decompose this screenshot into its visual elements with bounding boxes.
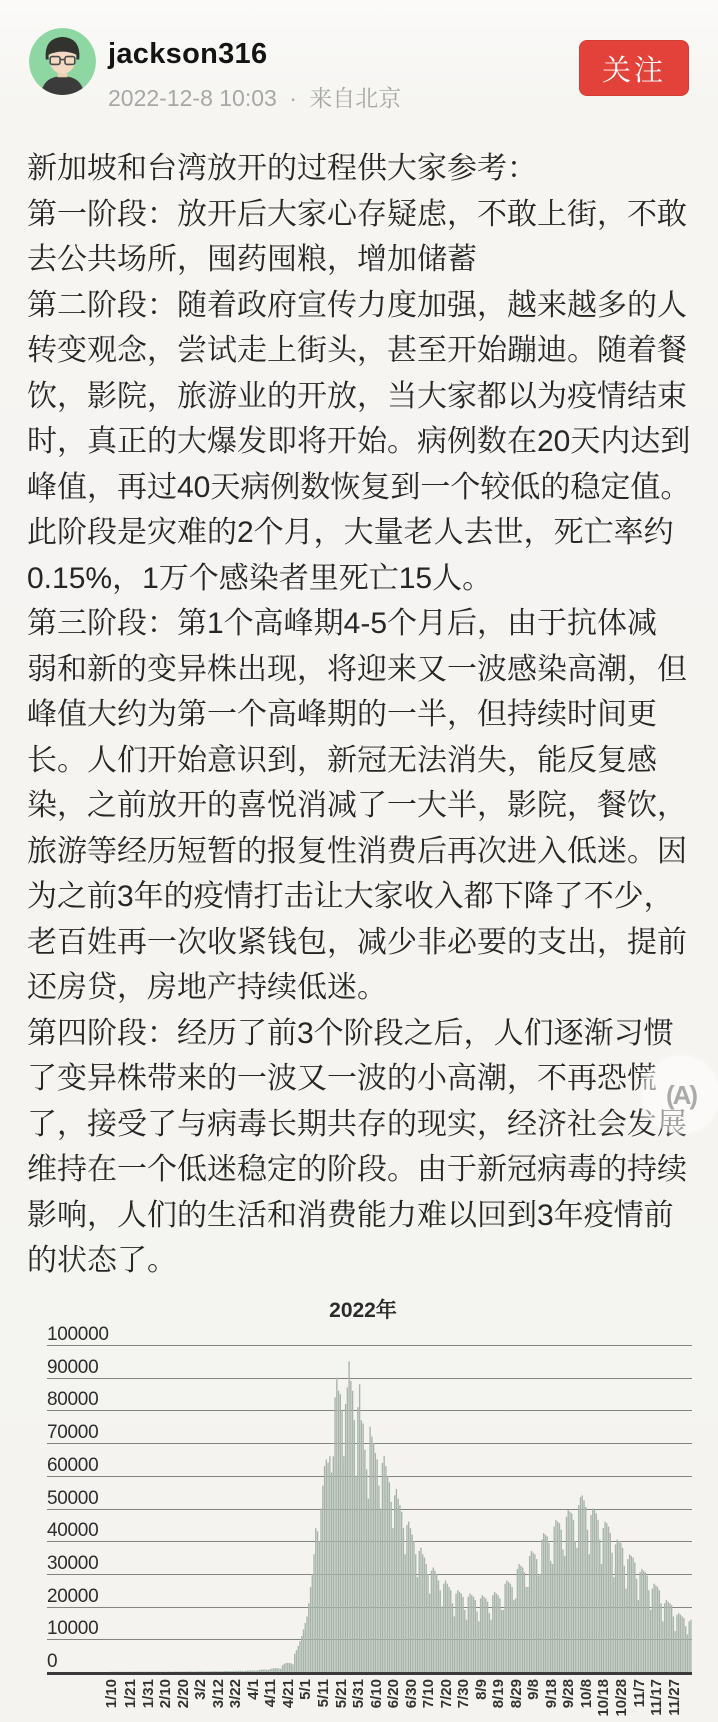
x-tick-label: 2/20 <box>176 1679 191 1708</box>
x-tick-label: 3/12 <box>211 1679 226 1708</box>
post-text-line: 第二阶段：随着政府宣传力度加强，越来越多的人 <box>27 283 695 329</box>
meta-separator: · <box>289 85 297 111</box>
post-text-line: 峰值，再过40天病例数恢复到一个较低的稳定值。 <box>27 465 695 511</box>
y-tick-label: 0 <box>47 1651 57 1673</box>
y-tick-label: 80000 <box>47 1389 98 1411</box>
x-tick-label: 8/9 <box>474 1679 489 1700</box>
avatar[interactable] <box>29 28 96 95</box>
chart-title: 2022年 <box>33 1294 693 1324</box>
post-text-line: 新加坡和台湾放开的过程供大家参考： <box>27 146 695 192</box>
x-tick-label: 6/20 <box>386 1679 401 1708</box>
post-header: jackson316 2022-12-8 10:03 · 来自北京 关注 <box>0 0 718 120</box>
y-tick-label: 60000 <box>47 1455 98 1477</box>
x-tick-label: 1/31 <box>141 1679 156 1708</box>
y-tick-label: 70000 <box>47 1422 98 1444</box>
post-text-line: 还房贷，房地产持续低迷。 <box>27 965 695 1011</box>
post-text-line: 了，接受了与病毒长期共存的现实，经济社会发展 <box>27 1102 695 1148</box>
x-tick-label: 5/1 <box>298 1679 313 1700</box>
post-text-line: 第一阶段：放开后大家心存疑虑，不敢上街，不敢 <box>27 192 695 238</box>
post-text-line: 影响，人们的生活和消费能力难以回到3年疫情前 <box>27 1193 695 1239</box>
x-tick-label: 11/7 <box>632 1679 647 1707</box>
x-tick-label: 1/21 <box>123 1679 138 1708</box>
location: 来自北京 <box>309 85 401 111</box>
post-text-line: 旅游等经历短暂的报复性消费后再次进入低迷。因 <box>27 829 695 875</box>
x-tick-label: 5/11 <box>316 1679 331 1707</box>
x-tick-label: 9/28 <box>561 1679 576 1708</box>
post-text-line: 峰值大约为第一个高峰期的一半，但持续时间更 <box>27 692 695 738</box>
y-tick-label: 90000 <box>47 1357 98 1379</box>
x-tick-label: 3/22 <box>228 1679 243 1708</box>
post-text-line: 弱和新的变异株出现，将迎来又一波感染高潮，但 <box>27 647 695 693</box>
avatar-cartoon-icon <box>29 28 96 95</box>
x-tick-label: 6/30 <box>404 1679 419 1708</box>
watermark-badge: (A) <box>642 1056 718 1134</box>
username[interactable]: jackson316 <box>108 38 267 71</box>
x-tick-label: 2/10 <box>158 1679 173 1708</box>
post-text-line: 转变观念，尝试走上街头，甚至开始蹦迪。随着餐 <box>27 328 695 374</box>
bar-series <box>110 1345 692 1672</box>
x-tick-label: 11/17 <box>649 1679 664 1716</box>
x-tick-label: 10/18 <box>596 1679 611 1717</box>
post-text-line: 0.15%，1万个感染者里死亡15人。 <box>27 556 695 602</box>
x-tick-label: 1/10 <box>104 1679 119 1708</box>
x-axis-line <box>47 1672 692 1675</box>
x-tick-label: 10/28 <box>614 1679 629 1717</box>
post-text-line: 第四阶段：经历了前3个阶段之后，人们逐渐习惯 <box>27 1011 695 1057</box>
post-text-line: 第三阶段：第1个高峰期4-5个月后，由于抗体减 <box>27 601 695 647</box>
x-tick-label: 7/30 <box>456 1679 471 1708</box>
post-text-line: 维持在一个低迷稳定的阶段。由于新冠病毒的持续 <box>27 1147 695 1193</box>
post-text-line: 时，真正的大爆发即将开始。病例数在20天内达到 <box>27 419 695 465</box>
x-tick-label: 9/8 <box>526 1679 541 1700</box>
y-tick-label: 40000 <box>47 1520 98 1542</box>
y-tick-label: 100000 <box>47 1324 109 1346</box>
x-tick-label: 8/29 <box>509 1679 524 1708</box>
post-text-line: 了变异株带来的一波又一波的小高潮，不再恐慌 <box>27 1056 695 1102</box>
x-tick-label: 8/19 <box>491 1679 506 1708</box>
x-tick-label: 5/21 <box>334 1679 349 1708</box>
y-tick-label: 10000 <box>47 1618 98 1640</box>
x-tick-label: 6/10 <box>369 1679 384 1708</box>
y-tick-label: 30000 <box>47 1553 98 1575</box>
x-tick-label: 3/2 <box>193 1679 208 1700</box>
post-text: 新加坡和台湾放开的过程供大家参考：第一阶段：放开后大家心存疑虑，不敢上街，不敢去… <box>27 146 695 1284</box>
y-tick-label: 50000 <box>47 1488 98 1510</box>
x-tick-label: 4/1 <box>246 1679 261 1700</box>
x-tick-label: 7/10 <box>421 1679 436 1708</box>
post-text-line: 此阶段是灾难的2个月，大量老人去世，死亡率约 <box>27 510 695 556</box>
timestamp: 2022-12-8 10:03 <box>108 85 277 111</box>
cases-chart: 2022年 1000009000080000700006000050000400… <box>33 1290 693 1722</box>
x-tick-label: 7/20 <box>439 1679 454 1708</box>
x-tick-label: 5/31 <box>351 1679 366 1708</box>
x-tick-label: 11/27 <box>667 1679 682 1716</box>
post-text-line: 饮，影院，旅游业的开放，当大家都以为疫情结束 <box>27 374 695 420</box>
post-text-line: 为之前3年的疫情打击让大家收入都下降了不少， <box>27 874 695 920</box>
post-text-line: 染，之前放开的喜悦消减了一大半，影院，餐饮， <box>27 783 695 829</box>
post-text-line: 的状态了。 <box>27 1238 695 1284</box>
post-text-line: 老百姓再一次收紧钱包，减少非必要的支出，提前 <box>27 920 695 966</box>
post-text-line: 去公共场所，囤药囤粮，增加储蓄 <box>27 237 695 283</box>
x-tick-label: 10/8 <box>579 1679 594 1708</box>
x-tick-label: 4/21 <box>281 1679 296 1708</box>
x-tick-label: 9/18 <box>544 1679 559 1708</box>
follow-button[interactable]: 关注 <box>579 40 689 96</box>
post-text-line: 长。人们开始意识到，新冠无法消失，能反复感 <box>27 738 695 784</box>
y-tick-label: 20000 <box>47 1586 98 1608</box>
x-tick-label: 4/11 <box>263 1679 278 1707</box>
post-meta: 2022-12-8 10:03 · 来自北京 <box>108 80 407 113</box>
